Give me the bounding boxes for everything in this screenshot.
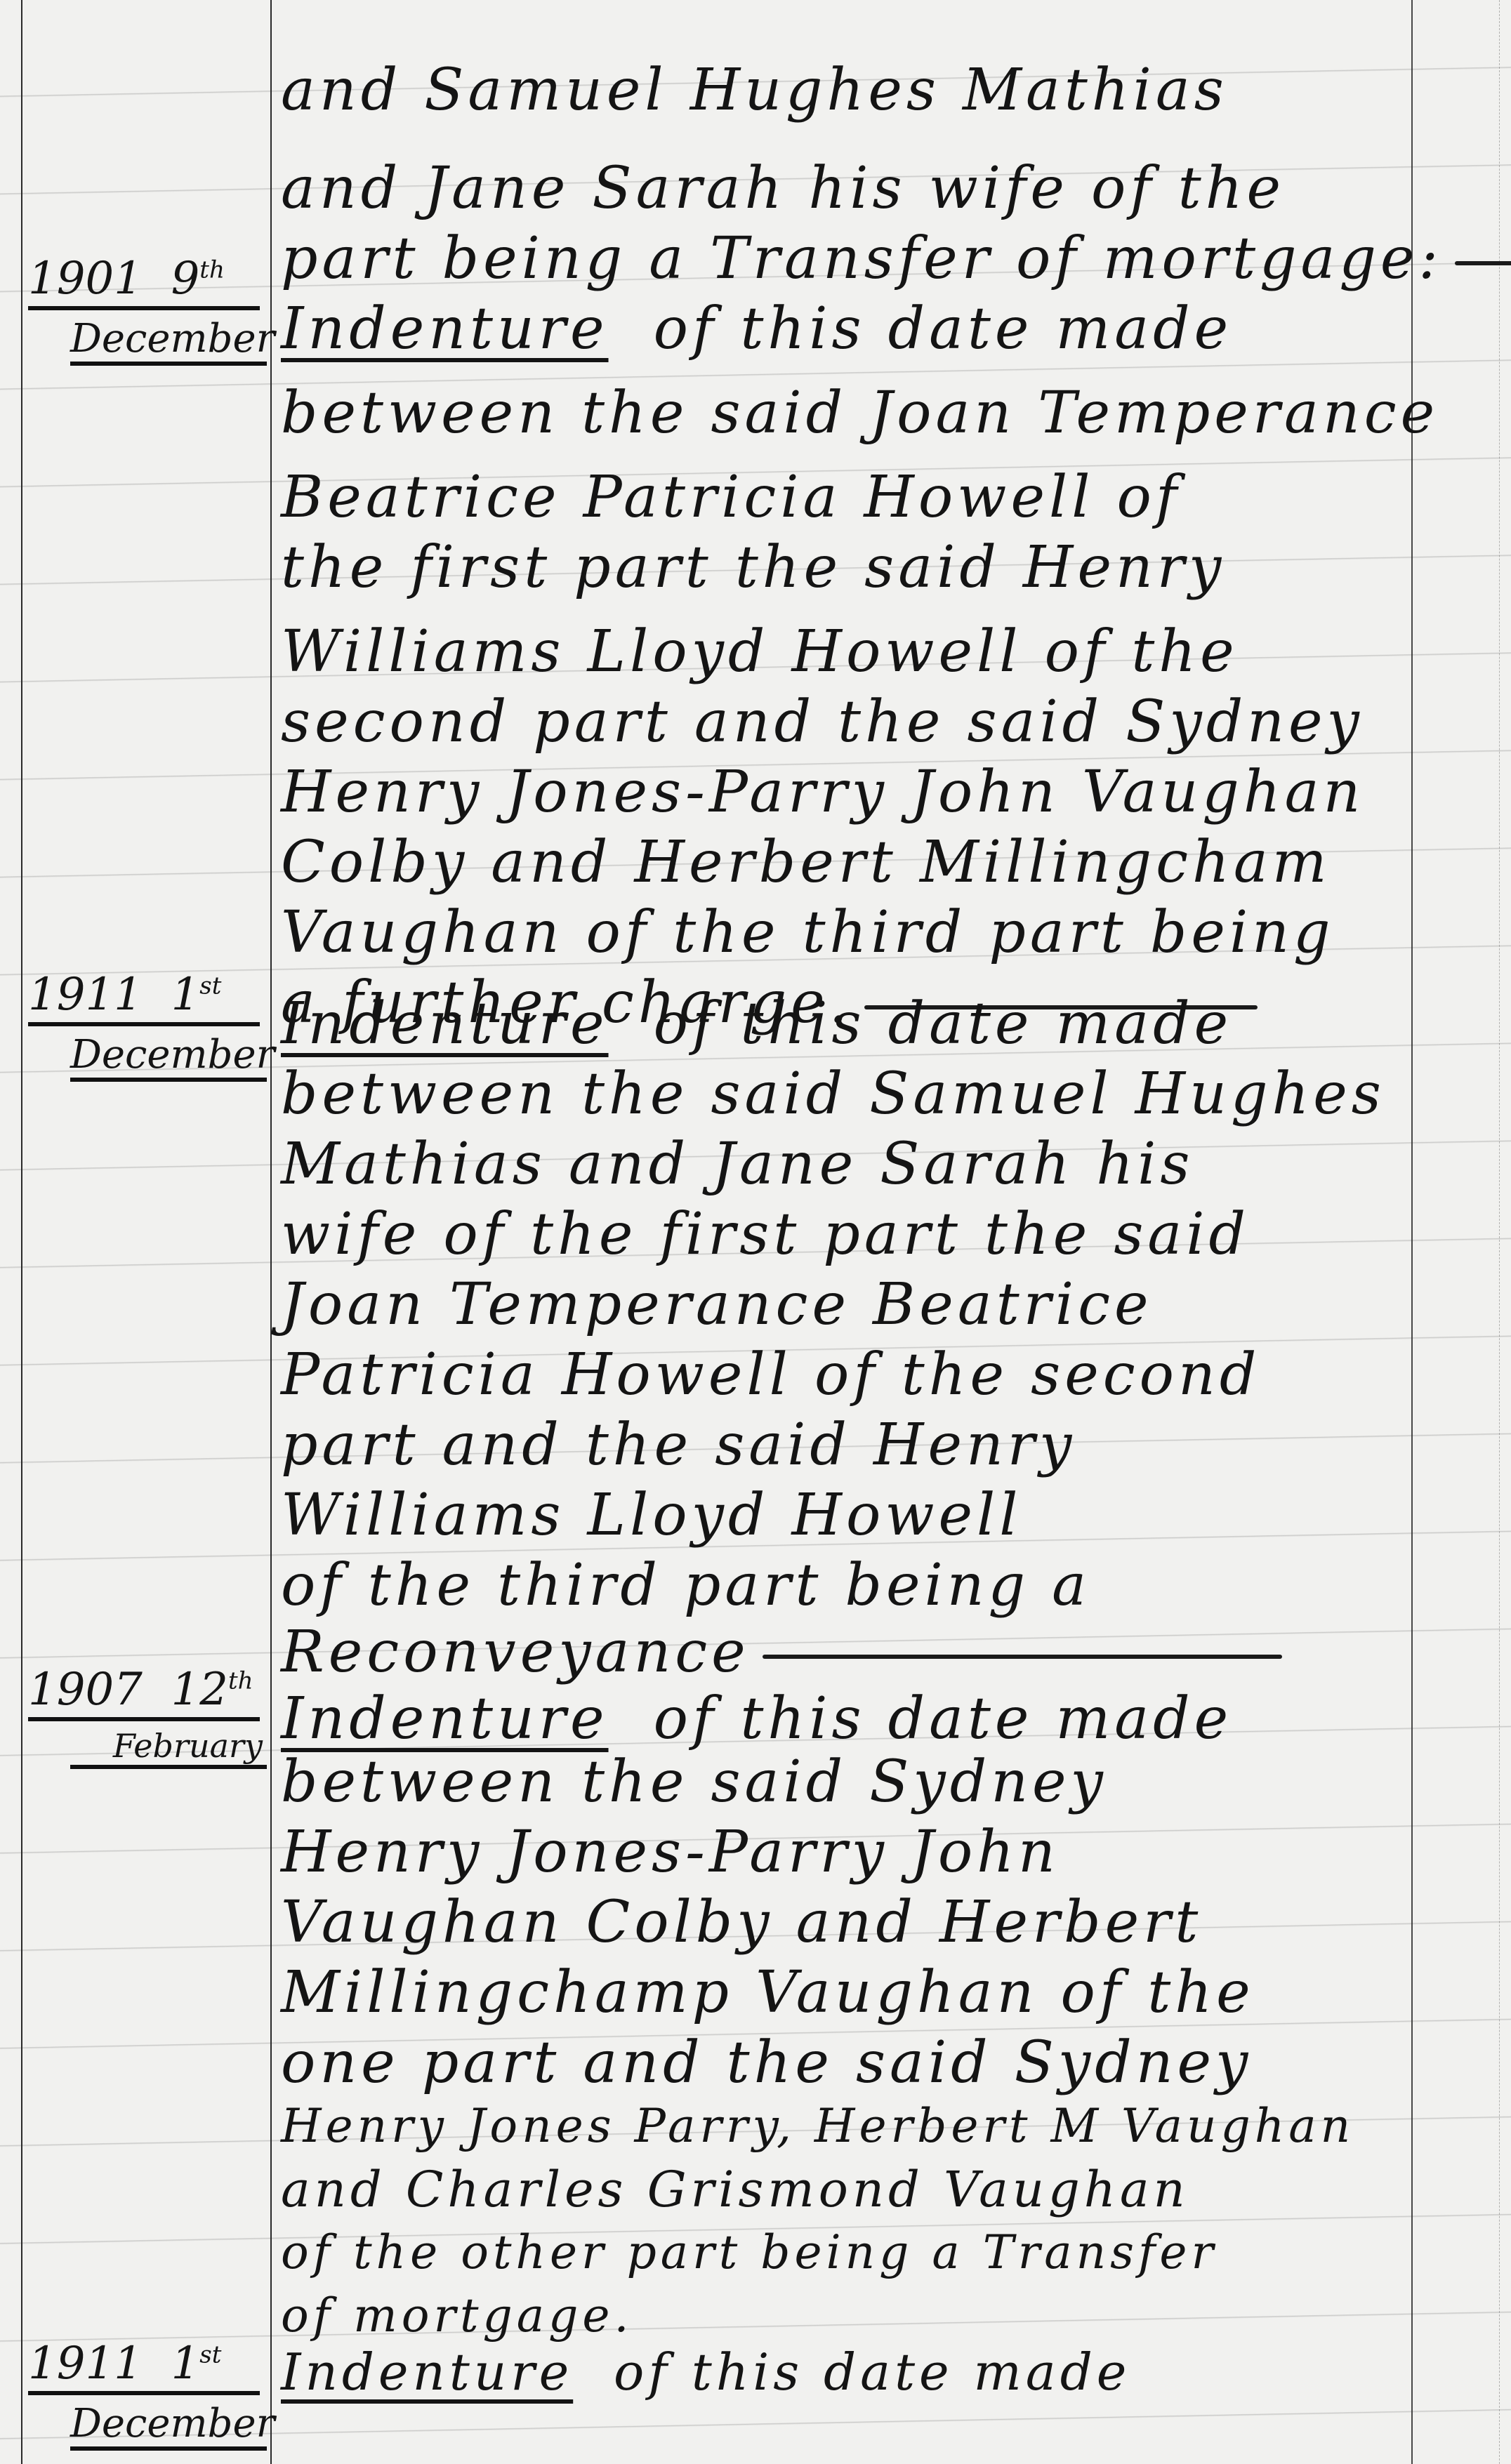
entry-date-1907: 1907 12th February	[28, 1664, 267, 1769]
date-year: 1907	[28, 1664, 143, 1716]
date-column-rule	[270, 0, 272, 2464]
ledger-page: and Samuel Hughes Mathias and Jane Sarah…	[0, 0, 1511, 2464]
date-day: 12	[171, 1664, 228, 1716]
end-dash	[1455, 261, 1511, 265]
text-line: the first part the said Henry	[281, 519, 1432, 616]
date-year-day: 1911 1st	[28, 2338, 260, 2395]
date-day: 1	[171, 969, 200, 1021]
date-month: February	[70, 1727, 267, 1769]
date-month: December	[70, 1032, 267, 1082]
entry-date-1901: 1901 9th December	[28, 253, 267, 366]
left-margin-rule	[21, 0, 22, 2464]
date-suffix: th	[199, 256, 225, 284]
entry-heading-line: Indenture of this date made	[281, 281, 1432, 378]
page-edge-rule	[1499, 0, 1500, 2464]
date-year-day: 1907 12th	[28, 1664, 260, 1721]
date-suffix: th	[228, 1667, 253, 1695]
indenture-heading: Indenture	[281, 296, 609, 362]
date-suffix: st	[199, 972, 221, 1000]
date-month: December	[70, 2401, 267, 2451]
indenture-heading: Indenture	[281, 2343, 573, 2402]
entry-date-1911: 1911 1st December	[28, 969, 267, 1082]
date-year: 1911	[28, 2338, 143, 2390]
text-line: and Samuel Hughes Mathias	[281, 42, 1432, 139]
date-year: 1901	[28, 253, 143, 305]
date-year: 1911	[28, 969, 143, 1021]
date-suffix: st	[199, 2341, 221, 2369]
end-dash	[763, 1655, 1282, 1659]
entry-date-1911-second: 1911 1st December	[28, 2338, 267, 2451]
date-year-day: 1911 1st	[28, 969, 260, 1026]
entry-heading-line: Indenture of this date made	[281, 2324, 1432, 2420]
text-line: between the said Joan Temperance	[281, 365, 1432, 462]
date-year-day: 1901 9th	[28, 253, 260, 310]
text-line-content: of this date made	[654, 296, 1233, 362]
text-line-content: of this date made	[614, 2343, 1130, 2402]
date-day: 1	[171, 2338, 200, 2390]
date-month: December	[70, 316, 267, 366]
date-day: 9	[171, 253, 200, 305]
